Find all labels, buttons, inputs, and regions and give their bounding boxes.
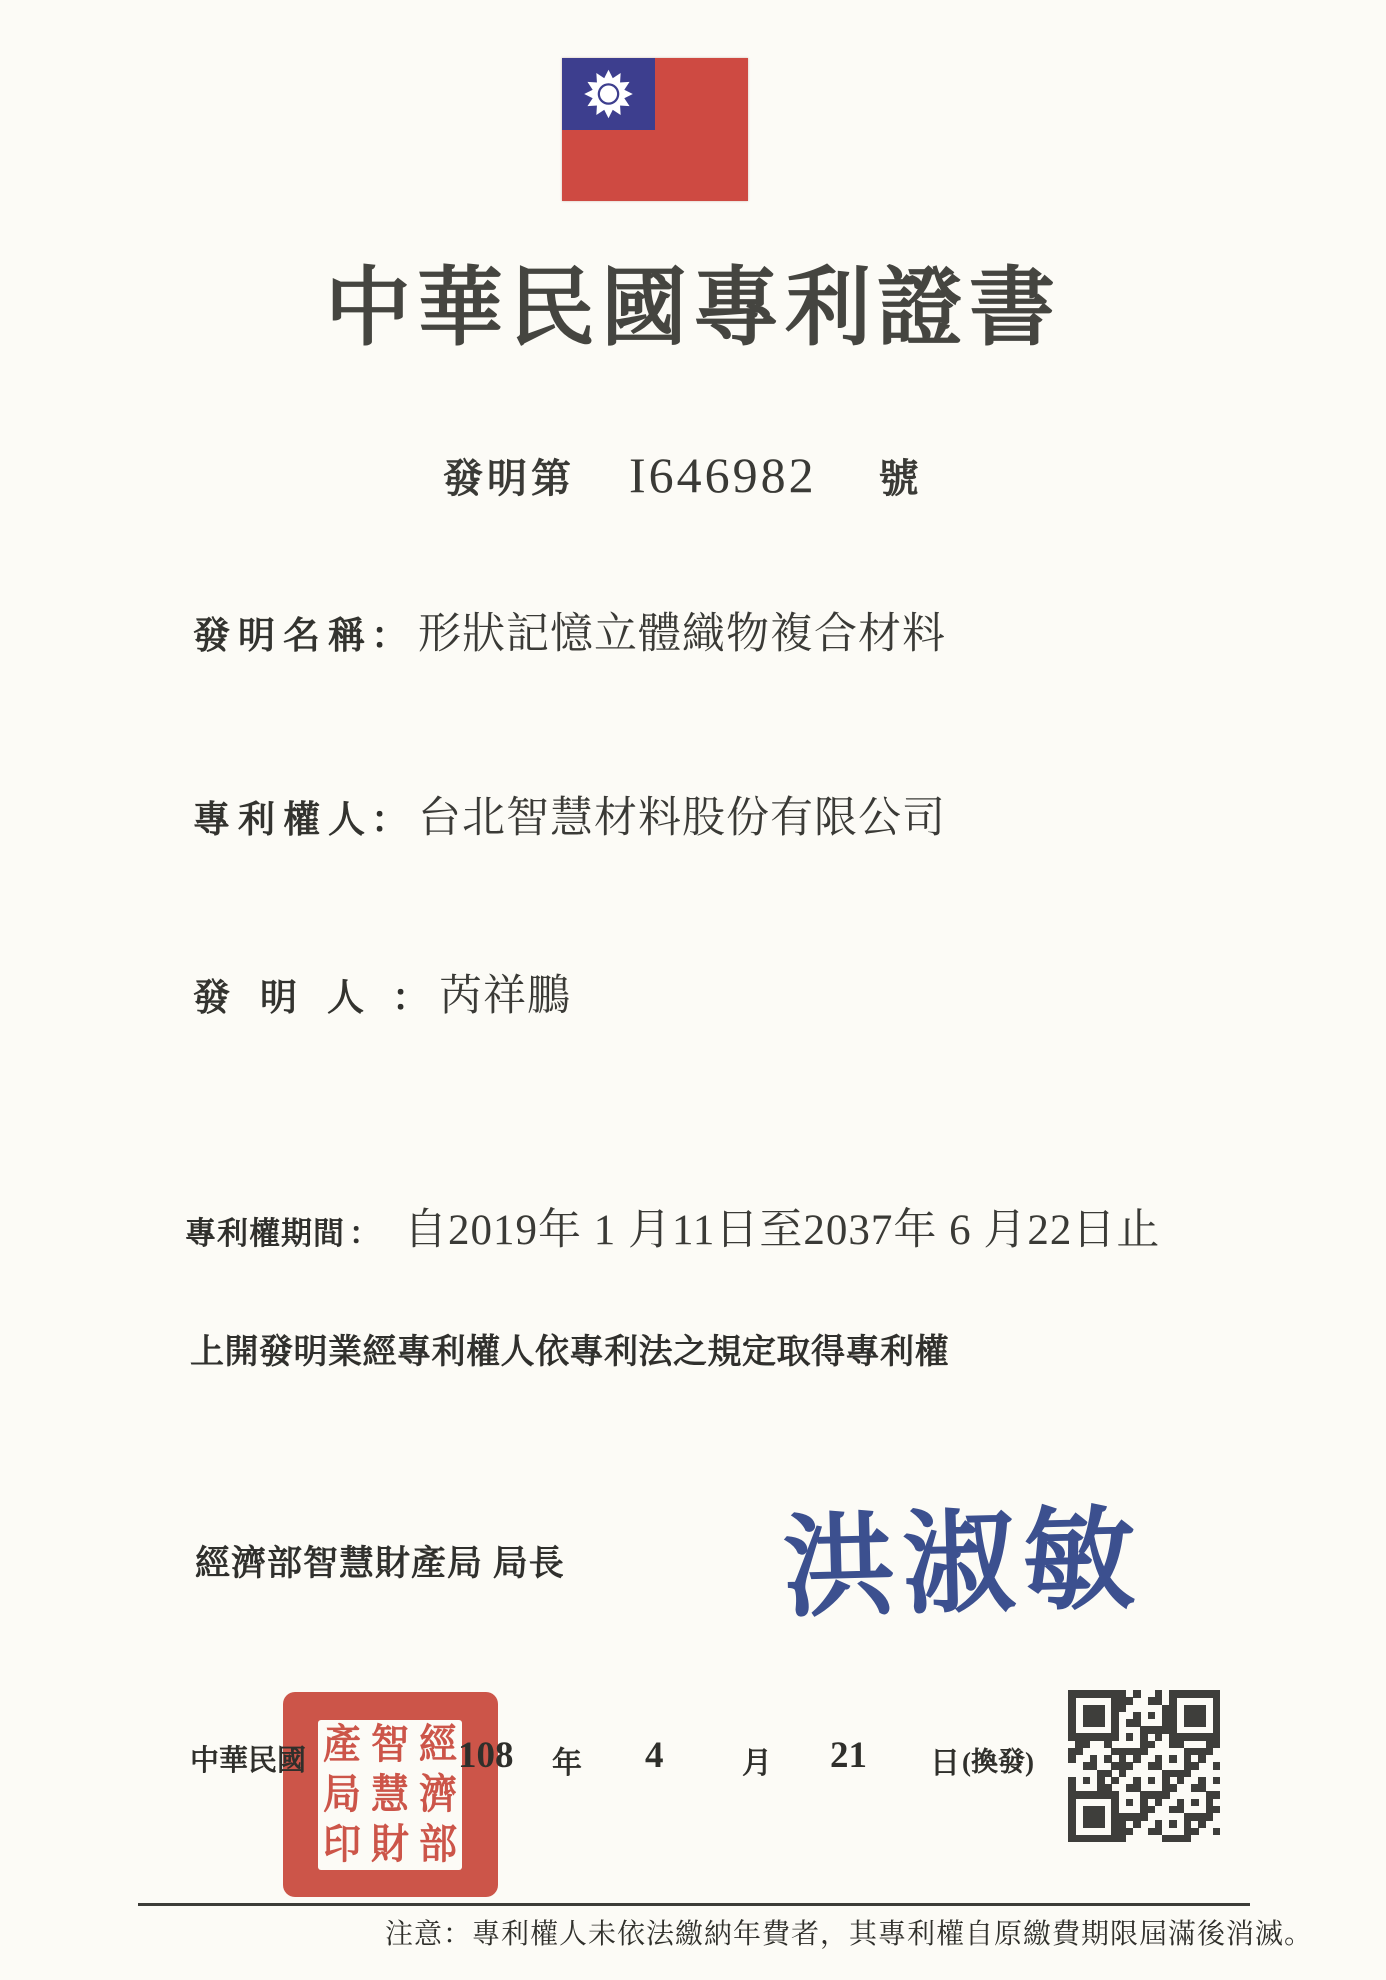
patent-term-label: 專利權期間 bbox=[185, 1208, 345, 1253]
colon: ： bbox=[371, 789, 408, 843]
day-unit: 日 bbox=[930, 1738, 960, 1782]
taiwan-flag-icon bbox=[562, 58, 748, 201]
official-seal: 產 智 經 局 慧 濟 印 財 部 bbox=[283, 1692, 498, 1897]
year-value: 108 bbox=[458, 1734, 514, 1777]
invention-name-label: 發明名稱 bbox=[193, 605, 373, 659]
seal-character: 財 bbox=[371, 1824, 409, 1865]
sun-icon bbox=[562, 58, 655, 130]
patent-term-value: 自2019年 1 月11日至2037年 6 月22日止 bbox=[404, 1196, 1160, 1257]
patent-certificate-page: 中華民國專利證書 發明第 I646982 號 發明名稱 ： 形狀記憶立體織物複合… bbox=[0, 0, 1386, 1980]
seal-character: 印 bbox=[323, 1824, 361, 1865]
footer-note: 注意：專利權人未依法繳納年費者，其專利權自原繳費期限屆滿後消滅。 bbox=[385, 1912, 1313, 1952]
field-invention-name: 發明名稱 ： 形狀記憶立體織物複合材料 bbox=[193, 600, 946, 661]
footer-divider bbox=[138, 1903, 1250, 1906]
patent-number-prefix: 發明第 bbox=[443, 447, 575, 504]
director-signature: 洪淑敏 bbox=[781, 1493, 1144, 1637]
flag-canton bbox=[562, 58, 655, 130]
issue-date-line: 中華民國 108 年 4 月 21 日 (換發) bbox=[190, 1738, 1090, 1782]
month-unit: 月 bbox=[742, 1738, 772, 1782]
patent-number-suffix: 號 bbox=[879, 447, 923, 504]
colon: ： bbox=[371, 605, 408, 659]
field-inventor: 發明人 ： 芮祥鵬 bbox=[193, 962, 571, 1023]
patentee-label: 專利權人 bbox=[193, 789, 373, 843]
patent-number-line: 發明第 I646982 號 bbox=[443, 446, 923, 504]
reissue-note: (換發) bbox=[962, 1740, 1034, 1779]
field-patent-term: 專利權期間 ： 自2019年 1 月11日至2037年 6 月22日止 bbox=[185, 1196, 1160, 1257]
day-value: 21 bbox=[830, 1734, 867, 1777]
colon: ： bbox=[349, 1208, 380, 1253]
inventor-value: 芮祥鵬 bbox=[439, 962, 571, 1023]
seal-character: 部 bbox=[419, 1824, 457, 1865]
inventor-label: 發明人 bbox=[193, 967, 394, 1021]
patent-number: I646982 bbox=[629, 446, 817, 504]
colon: ： bbox=[392, 967, 429, 1021]
patentee-value: 台北智慧材料股份有限公司 bbox=[418, 784, 946, 845]
year-unit: 年 bbox=[552, 1738, 582, 1782]
grant-statement: 上開發明業經專利權人依專利法之規定取得專利權 bbox=[190, 1324, 949, 1373]
issuing-office-title: 經濟部智慧財產局 局長 bbox=[195, 1536, 565, 1586]
field-patentee: 專利權人 ： 台北智慧材料股份有限公司 bbox=[193, 784, 946, 845]
qr-code bbox=[1068, 1690, 1220, 1842]
month-value: 4 bbox=[645, 1734, 664, 1777]
era-label: 中華民國 bbox=[190, 1738, 306, 1779]
certificate-title: 中華民國專利證書 bbox=[0, 238, 1386, 362]
invention-name-value: 形狀記憶立體織物複合材料 bbox=[418, 600, 946, 661]
